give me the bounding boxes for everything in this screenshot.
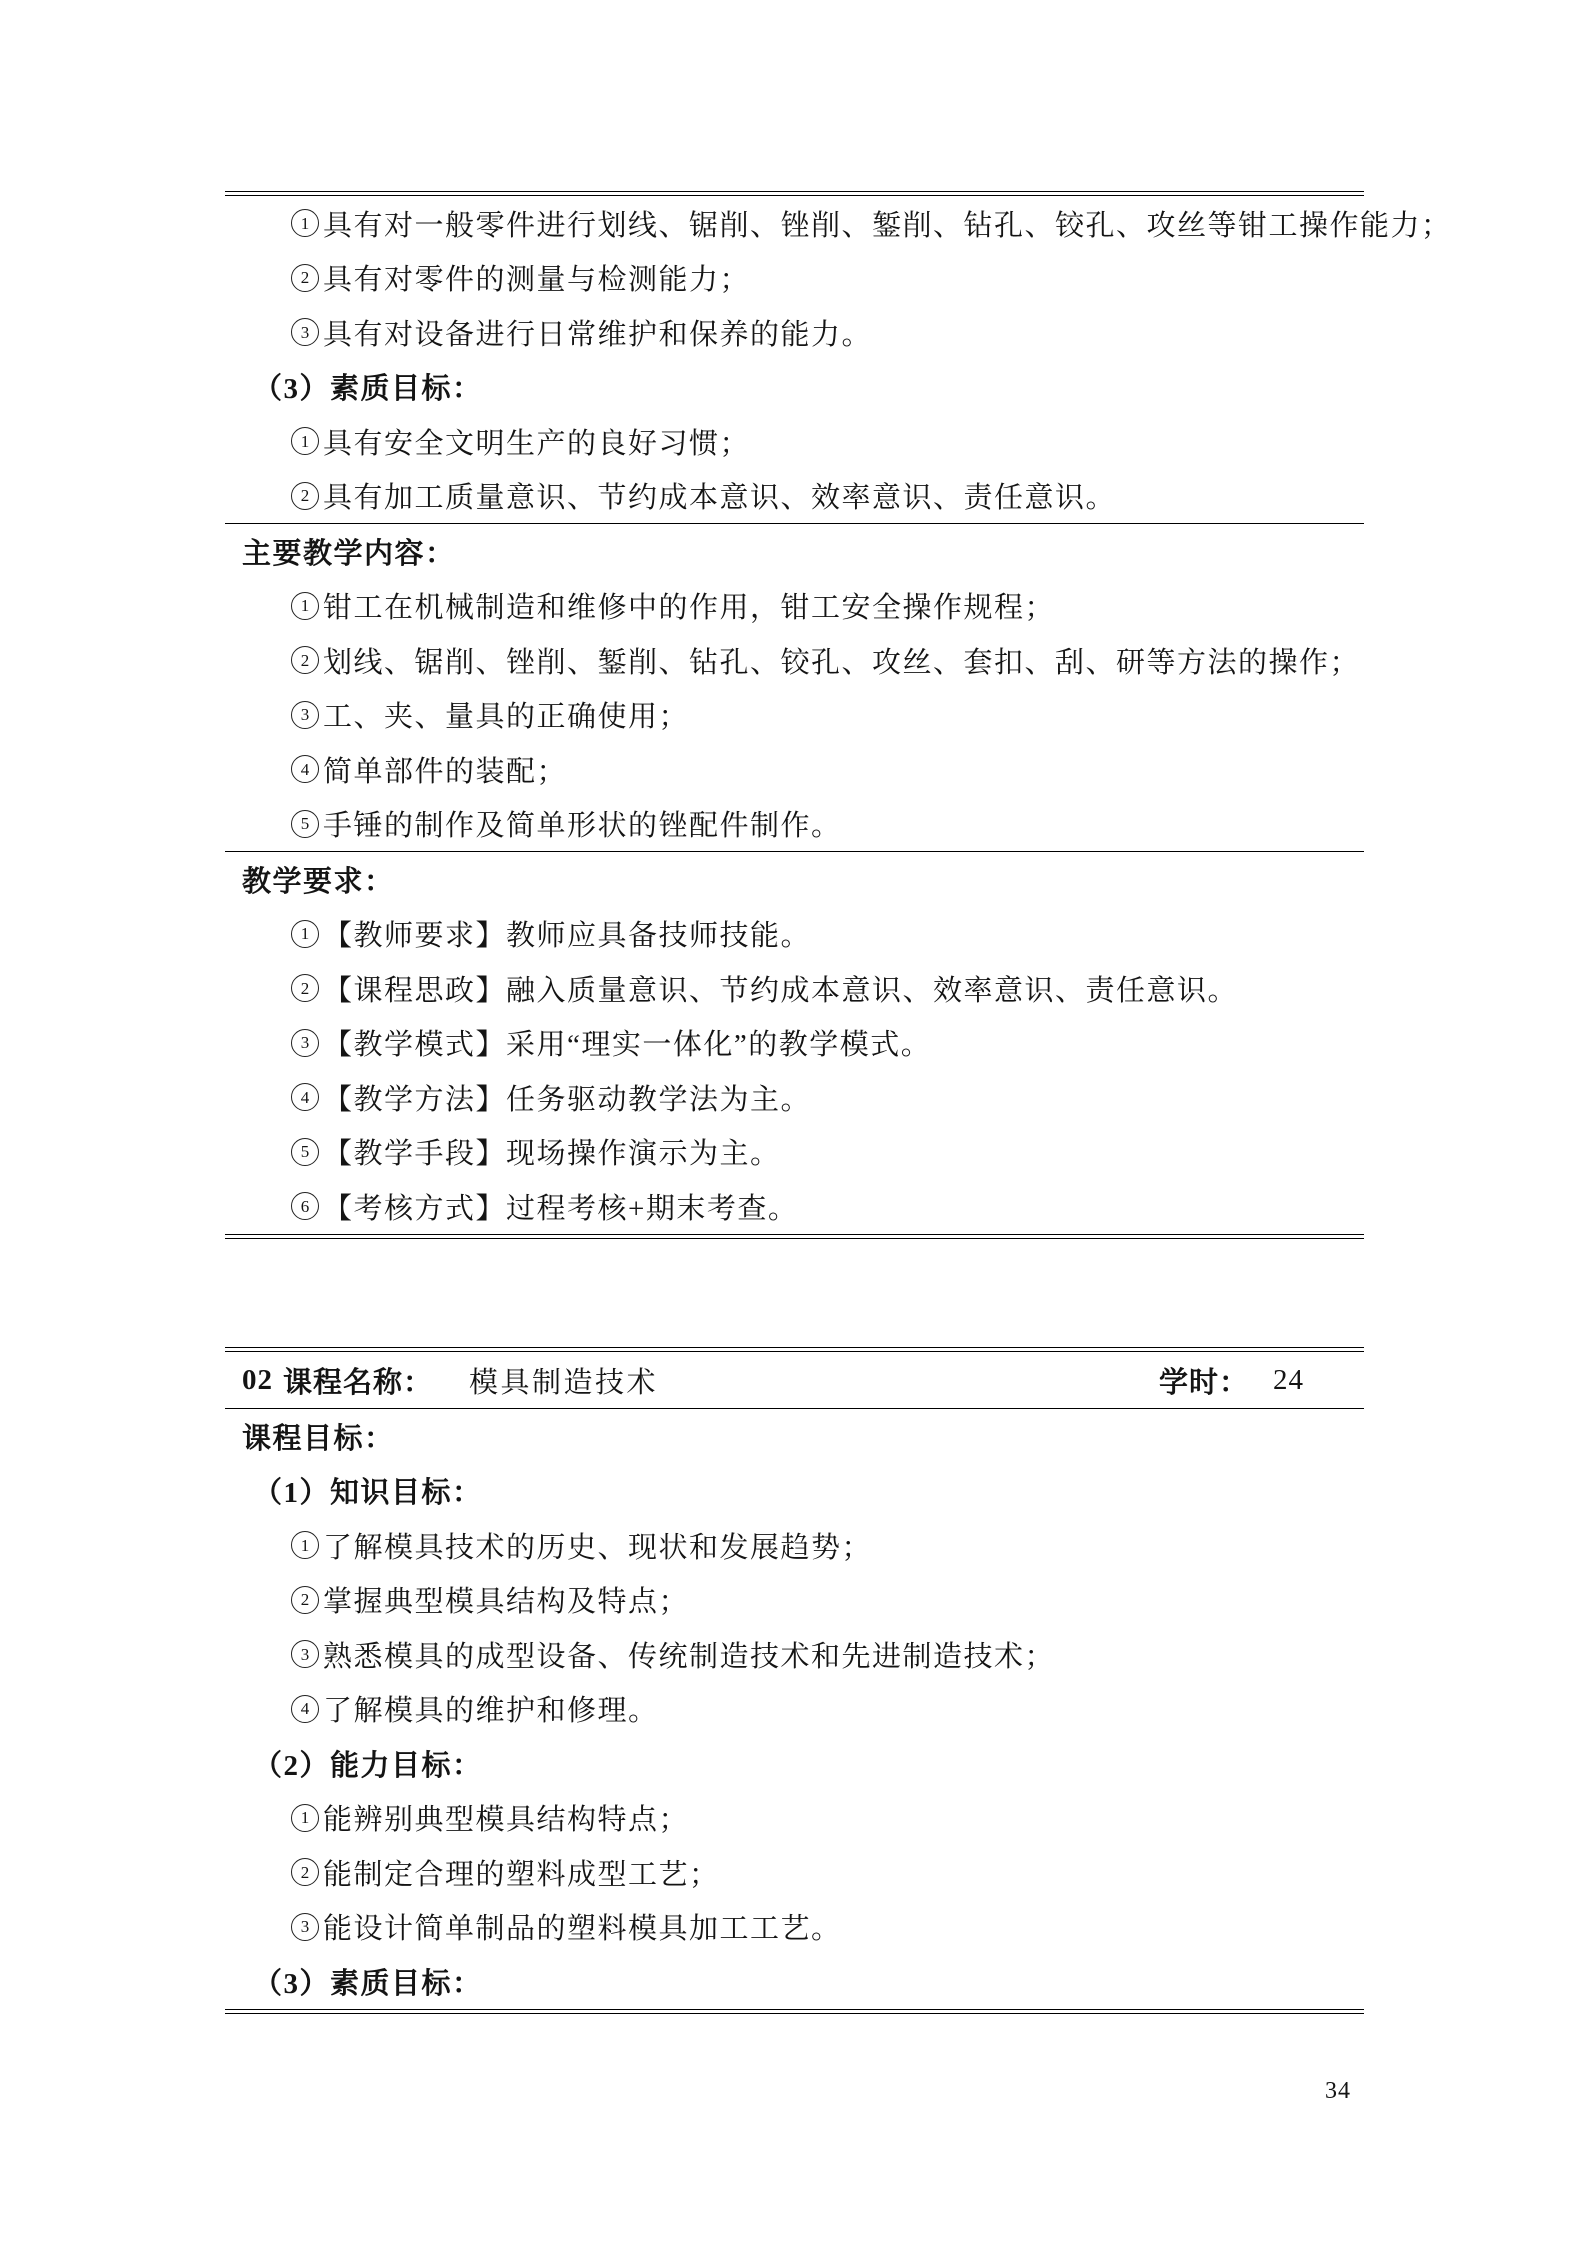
list-item: 1【教师要求】教师应具备技师技能。 (225, 907, 1364, 962)
list-item: 6【考核方式】过程考核+期末考查。 (225, 1179, 1364, 1234)
list-item: 4【教学方法】任务驱动教学法为主。 (225, 1070, 1364, 1125)
circled-number-marker: 4 (291, 1083, 319, 1111)
circled-number-marker: 3 (291, 1029, 319, 1057)
circled-number-marker: 2 (291, 1586, 319, 1614)
list-item: 1了解模具技术的历史、现状和发展趋势； (225, 1518, 1364, 1573)
list-item: 2划线、锯削、锉削、錾削、钻孔、铰孔、攻丝、套扣、刮、研等方法的操作； (225, 633, 1364, 688)
circled-number-marker: 1 (291, 1804, 319, 1832)
document-page: { "page_number": "34", "table1": { "rows… (0, 0, 1587, 2245)
list-item: 2掌握典型模具结构及特点； (225, 1573, 1364, 1628)
course-hours: 学时： 24 (1159, 1360, 1364, 1401)
circled-number-marker: 3 (291, 318, 319, 346)
line-text: 工、夹、量具的正确使用； (323, 694, 689, 735)
line-text: 【考核方式】过程考核+期末考查。 (323, 1186, 798, 1227)
circled-number-marker: 5 (291, 810, 319, 838)
course-table-1: 1具有对一般零件进行划线、锯削、锉削、錾削、钻孔、铰孔、攻丝等钳工操作能力；2具… (225, 191, 1364, 1239)
course-header-row: 02 课程名称： 模具制造技术 学时： 24 (225, 1352, 1364, 1409)
circled-number-marker: 3 (291, 701, 319, 729)
list-item: 1能辨别典型模具结构特点； (225, 1791, 1364, 1846)
line-text: 【课程思政】融入质量意识、节约成本意识、效率意识、责任意识。 (323, 968, 1238, 1009)
line-text: 教学要求： (242, 859, 395, 900)
table-row: 课程目标：（1）知识目标：1了解模具技术的历史、现状和发展趋势；2掌握典型模具结… (225, 1409, 1364, 2009)
list-item: 1钳工在机械制造和维修中的作用，钳工安全操作规程； (225, 579, 1364, 634)
circled-number-marker: 2 (291, 974, 319, 1002)
course-name-value: 模具制造技术 (469, 1360, 658, 1401)
line-text: 掌握典型模具结构及特点； (323, 1579, 689, 1620)
course-name-label: 课程名称： (283, 1360, 433, 1401)
line-text: 具有对设备进行日常维护和保养的能力。 (323, 312, 872, 353)
table-row: 主要教学内容：1钳工在机械制造和维修中的作用，钳工安全操作规程；2划线、锯削、锉… (225, 524, 1364, 852)
table-bottom-double-border (225, 1234, 1364, 1239)
list-item: 2具有加工质量意识、节约成本意识、效率意识、责任意识。 (225, 469, 1364, 524)
circled-number-marker: 1 (291, 592, 319, 620)
circled-number-marker: 2 (291, 264, 319, 292)
line-text: 能设计简单制品的塑料模具加工工艺。 (323, 1906, 842, 1947)
list-item: 1具有对一般零件进行划线、锯削、锉削、錾削、钻孔、铰孔、攻丝等钳工操作能力； (225, 196, 1364, 251)
circled-number-marker: 3 (291, 1913, 319, 1941)
line-text: 主要教学内容： (242, 531, 456, 572)
circled-number-marker: 2 (291, 646, 319, 674)
line-text: （3）素质目标： (253, 366, 483, 407)
list-item: 3能设计简单制品的塑料模具加工工艺。 (225, 1900, 1364, 1955)
line-text: 【教学手段】现场操作演示为主。 (323, 1131, 781, 1172)
list-item: 3具有对设备进行日常维护和保养的能力。 (225, 305, 1364, 360)
course-number: 02 (242, 1364, 273, 1397)
table-row: 教学要求：1【教师要求】教师应具备技师技能。2【课程思政】融入质量意识、节约成本… (225, 852, 1364, 1234)
circled-number-marker: 5 (291, 1138, 319, 1166)
course-table-2: 02 课程名称： 模具制造技术 学时： 24 课程目标：（1）知识目标：1了解模… (225, 1347, 1364, 2014)
line-text: 能辨别典型模具结构特点； (323, 1797, 689, 1838)
line-text: 了解模具技术的历史、现状和发展趋势； (323, 1525, 872, 1566)
circled-number-marker: 1 (291, 427, 319, 455)
circled-number-marker: 1 (291, 920, 319, 948)
line-text: （2）能力目标： (253, 1743, 483, 1784)
sub-heading: （2）能力目标： (225, 1736, 1364, 1791)
hours-value: 24 (1273, 1364, 1304, 1397)
line-text: 具有安全文明生产的良好习惯； (323, 421, 750, 462)
list-item: 2能制定合理的塑料成型工艺； (225, 1845, 1364, 1900)
table-bottom-double-border (225, 2009, 1364, 2014)
hours-label: 学时： (1159, 1360, 1249, 1401)
circled-number-marker: 2 (291, 1858, 319, 1886)
row-label: 主要教学内容： (225, 524, 1364, 579)
circled-number-marker: 4 (291, 755, 319, 783)
table-row: 1具有对一般零件进行划线、锯削、锉削、錾削、钻孔、铰孔、攻丝等钳工操作能力；2具… (225, 196, 1364, 524)
list-item: 3【教学模式】采用“理实一体化”的教学模式。 (225, 1016, 1364, 1071)
page-number: 34 (1325, 2078, 1351, 2105)
list-item: 5【教学手段】现场操作演示为主。 (225, 1125, 1364, 1180)
line-text: 课程目标： (242, 1416, 395, 1457)
line-text: 熟悉模具的成型设备、传统制造技术和先进制造技术； (323, 1634, 1055, 1675)
line-text: 【教学方法】任务驱动教学法为主。 (323, 1077, 811, 1118)
circled-number-marker: 1 (291, 209, 319, 237)
line-text: 具有加工质量意识、节约成本意识、效率意识、责任意识。 (323, 475, 1116, 516)
row-label: 课程目标： (225, 1409, 1364, 1464)
list-item: 4了解模具的维护和修理。 (225, 1682, 1364, 1737)
circled-number-marker: 2 (291, 482, 319, 510)
list-item: 3工、夹、量具的正确使用； (225, 688, 1364, 743)
list-item: 1具有安全文明生产的良好习惯； (225, 414, 1364, 469)
list-item: 3熟悉模具的成型设备、传统制造技术和先进制造技术； (225, 1627, 1364, 1682)
list-item: 5手锤的制作及简单形状的锉配件制作。 (225, 797, 1364, 852)
line-text: 钳工在机械制造和维修中的作用，钳工安全操作规程； (323, 585, 1055, 626)
list-item: 2【课程思政】融入质量意识、节约成本意识、效率意识、责任意识。 (225, 961, 1364, 1016)
list-item: 2具有对零件的测量与检测能力； (225, 251, 1364, 306)
row-label: 教学要求： (225, 852, 1364, 907)
line-text: 具有对一般零件进行划线、锯削、锉削、錾削、钻孔、铰孔、攻丝等钳工操作能力； (323, 203, 1452, 244)
line-text: 简单部件的装配； (323, 749, 567, 790)
line-text: 【教学模式】采用“理实一体化”的教学模式。 (323, 1022, 931, 1063)
line-text: 具有对零件的测量与检测能力； (323, 257, 750, 298)
line-text: （1）知识目标： (253, 1470, 483, 1511)
line-text: 能制定合理的塑料成型工艺； (323, 1852, 720, 1893)
sub-heading: （3）素质目标： (225, 1954, 1364, 2009)
sub-heading: （3）素质目标： (225, 360, 1364, 415)
line-text: 了解模具的维护和修理。 (323, 1688, 659, 1729)
circled-number-marker: 1 (291, 1531, 319, 1559)
list-item: 4简单部件的装配； (225, 742, 1364, 797)
line-text: 【教师要求】教师应具备技师技能。 (323, 913, 811, 954)
circled-number-marker: 4 (291, 1695, 319, 1723)
line-text: （3）素质目标： (253, 1961, 483, 2002)
circled-number-marker: 3 (291, 1640, 319, 1668)
sub-heading: （1）知识目标： (225, 1464, 1364, 1519)
circled-number-marker: 6 (291, 1192, 319, 1220)
line-text: 手锤的制作及简单形状的锉配件制作。 (323, 803, 842, 844)
line-text: 划线、锯削、锉削、錾削、钻孔、铰孔、攻丝、套扣、刮、研等方法的操作； (323, 640, 1360, 681)
